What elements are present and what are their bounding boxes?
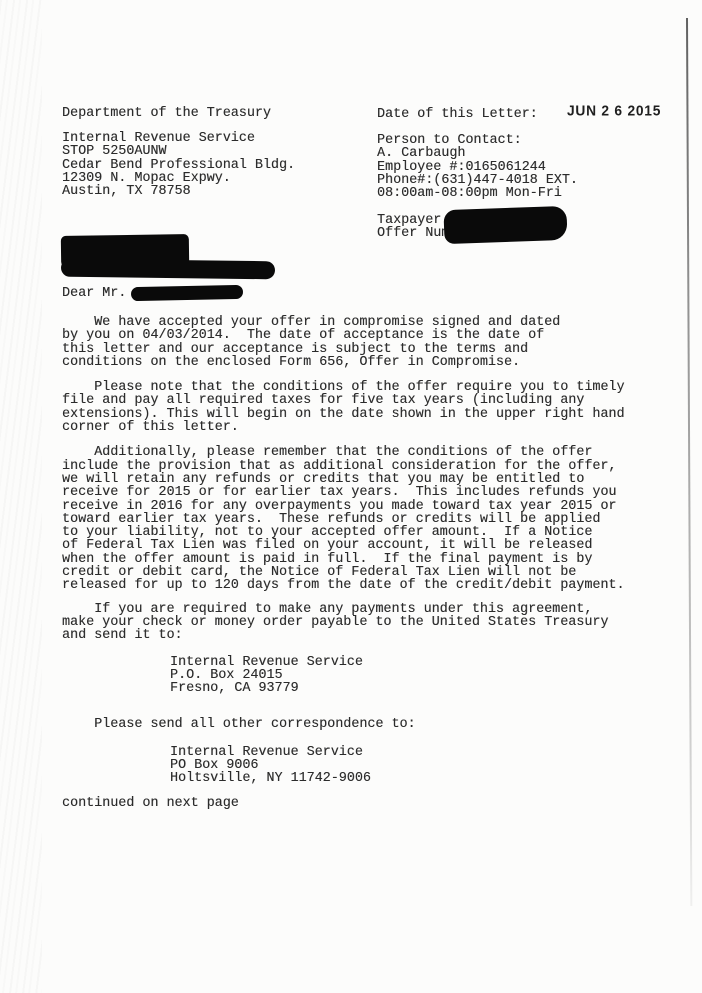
correspondence-address: Internal Revenue Service PO Box 9006 Hol… <box>62 746 647 786</box>
paragraph-acceptance: We have accepted your offer in compromis… <box>62 316 647 369</box>
paragraph-conditions: Please note that the conditions of the o… <box>62 381 647 434</box>
redaction-taxpayer-offer-values <box>443 206 567 244</box>
date-label: Date of this Letter: <box>377 107 538 122</box>
redaction-recipient-address-lower <box>61 259 275 280</box>
correspondence-intro: Please send all other correspondence to: <box>62 718 647 731</box>
sender-department: Department of the Treasury <box>62 107 271 120</box>
date-row: Date of this Letter:JUN 2 6 2015 <box>377 107 666 121</box>
scanned-letter-page: Department of the Treasury Internal Reve… <box>0 0 702 993</box>
continued-note: continued on next page <box>62 797 647 810</box>
contact-block: Person to Contact: A. Carbaugh Employee … <box>377 134 578 200</box>
paragraph-refunds-lien: Additionally, please remember that the c… <box>62 446 647 592</box>
scan-edge-noise <box>0 0 42 993</box>
sender-address-block: Internal Revenue Service STOP 5250AUNW C… <box>62 132 295 198</box>
date-stamp: JUN 2 6 2015 <box>567 106 661 119</box>
redaction-recipient-name <box>131 285 243 301</box>
letter-body: We have accepted your offer in compromis… <box>62 316 647 810</box>
salutation: Dear Mr. <box>62 287 126 300</box>
paragraph-payments: If you are required to make any payments… <box>62 603 647 643</box>
scan-artifact-line <box>686 18 692 906</box>
payment-address: Internal Revenue Service P.O. Box 24015 … <box>62 656 647 696</box>
